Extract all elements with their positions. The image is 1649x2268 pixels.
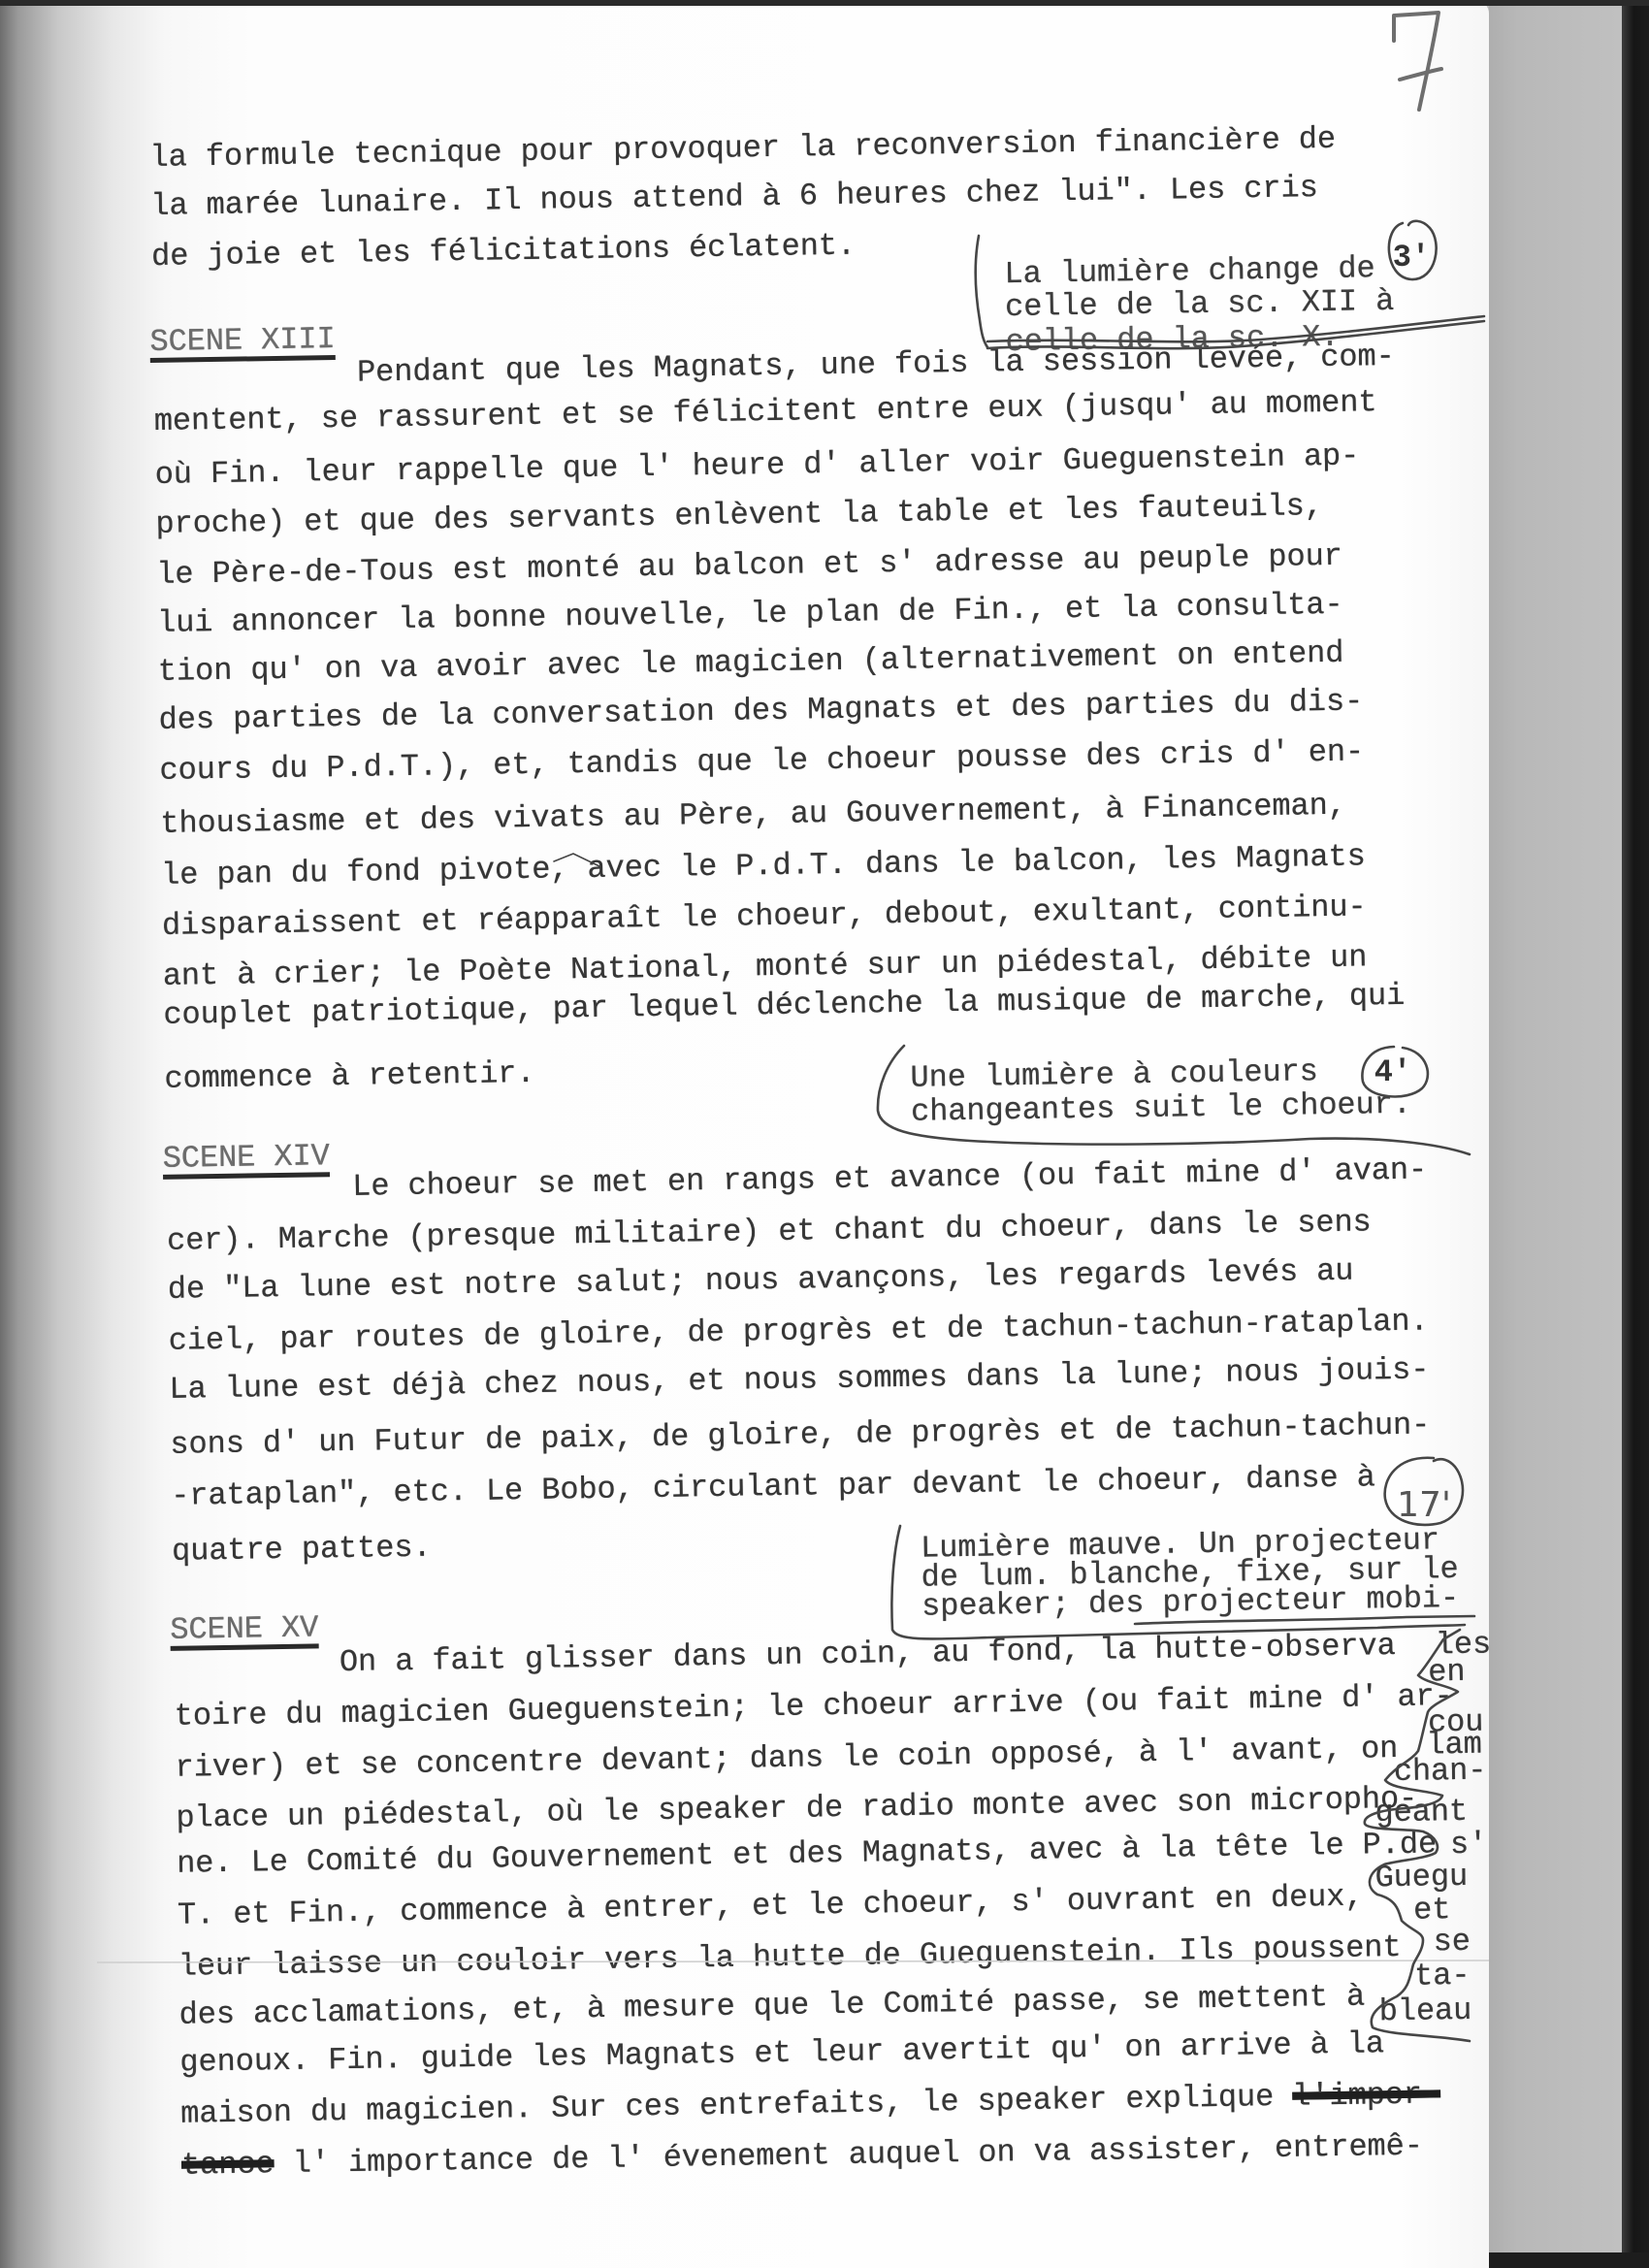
lighting-cue-line: changeantes suit le choeur.	[911, 1085, 1411, 1132]
text-line: commence à retentir.	[164, 1054, 535, 1099]
text-line: des parties de la conversation des Magna…	[158, 682, 1363, 739]
margin-fragment: ta-	[1414, 1957, 1471, 1996]
text-line: tion qu' on va avoir avec le magicien (a…	[158, 634, 1344, 692]
line-text: maison du magicien. Sur ces entrefaits, …	[180, 2079, 1293, 2132]
text-line: thousiasme et des vivats au Père, au Gou…	[160, 787, 1346, 844]
text-line: sons d' un Futur de paix, de gloire, de …	[170, 1406, 1430, 1464]
text-line: le pan du fond pivote, avec le P.d.T. da…	[161, 837, 1366, 894]
text-line: de joie et les félicitations éclatent.	[151, 227, 856, 276]
struck-text: l'impor-	[1292, 2076, 1440, 2114]
scanner-top-edge	[0, 0, 1649, 6]
line-text: l' importance de l' évenement auquel on …	[274, 2128, 1423, 2183]
text-line: de "La lune est notre salut; nous avanço…	[168, 1252, 1354, 1310]
text-line: disparaissent et réapparaît le choeur, d…	[162, 888, 1367, 945]
text-line: river) et se concentre devant; dans le c…	[175, 1730, 1398, 1788]
text-line: la marée lunaire. Il nous attend à 6 heu…	[150, 169, 1318, 226]
scanner-edge-shadow	[1622, 0, 1649, 2268]
scene-heading: SCENE XIV	[163, 1141, 330, 1180]
margin-fragment: chan-	[1394, 1752, 1487, 1792]
text-line: toire du magicien Gueguenstein; le choeu…	[174, 1677, 1453, 1736]
scene-heading: SCENE XV	[170, 1612, 318, 1650]
text-line: où Fin. leur rappelle que l' heure d' al…	[154, 437, 1359, 494]
lighting-cue-line: speaker; des projecteur mobi-	[921, 1579, 1460, 1627]
text-line: genoux. Fin. guide les Magnats et leur a…	[179, 2025, 1384, 2082]
text-line: cours du P.d.T.), et, tandis que le choe…	[159, 732, 1364, 790]
text-line: lui annoncer la bonne nouvelle, le plan …	[157, 586, 1343, 643]
text-line: ciel, par routes de gloire, de progrès e…	[168, 1302, 1428, 1360]
text-line: quatre pattes.	[172, 1529, 432, 1571]
scanner-background	[1489, 0, 1622, 2268]
scanner-bottom-edge	[1484, 2252, 1649, 2268]
struck-text: tance	[181, 2146, 275, 2183]
margin-fragment: bleau	[1378, 1992, 1471, 2031]
lighting-cue-struck-line: celle de la sc. X.	[1005, 318, 1339, 362]
text-line: des acclamations, et, à mesure que le Co…	[178, 1978, 1365, 2035]
text-line: Le choeur se met en rangs et avance (ou …	[352, 1150, 1427, 1206]
text-line-with-strikeout: maison du magicien. Sur ces entrefaits, …	[180, 2075, 1440, 2133]
text-line: La lune est déjà chez nous, et nous somm…	[169, 1350, 1429, 1409]
text-line: le Père-de-Tous est monté au balcon et s…	[156, 537, 1342, 595]
text-line: mentent, se rassurent et se félicitent e…	[154, 383, 1377, 441]
text-line: -rataplan", etc. Le Bobo, circulant par …	[171, 1458, 1375, 1515]
text-line: On a fait glisser dans un coin, au fond,…	[339, 1627, 1396, 1682]
text-line: T. et Fin., commence à entrer, et le cho…	[178, 1878, 1364, 1935]
margin-fragment: en	[1428, 1653, 1466, 1693]
scanned-page: la formule tecnique pour provoquer la re…	[0, 0, 1489, 2268]
typed-text-layer: la formule tecnique pour provoquer la re…	[147, 0, 1489, 2268]
text-line-with-strikeout: tance l' importance de l' évenement auqu…	[181, 2127, 1423, 2186]
text-line: cer). Marche (presque militaire) et chan…	[167, 1203, 1372, 1260]
text-line: la formule tecnique pour provoquer la re…	[149, 120, 1336, 178]
text-line: proche) et que des servants enlèvent la …	[155, 487, 1323, 544]
text-line: leur laisse un couloir vers la hutte de …	[178, 1928, 1402, 1987]
scene-heading: SCENE XIII	[149, 324, 336, 363]
